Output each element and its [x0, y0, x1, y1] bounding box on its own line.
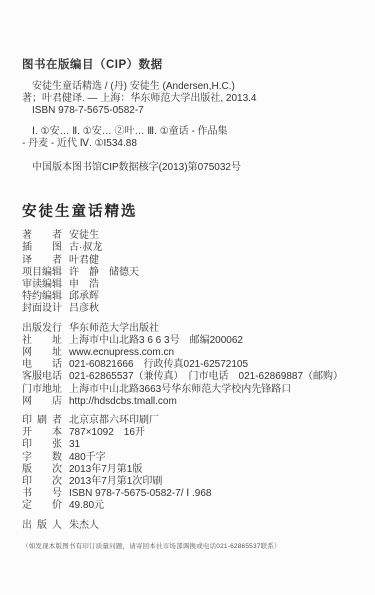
- field-value: 2013年7月第1版: [69, 464, 142, 476]
- cip-isbn-line: ISBN 978-7-5675-0582-7: [22, 105, 357, 117]
- printing-row: 印刷者北京京都六环印刷厂: [22, 415, 357, 427]
- cip-class-line: Ⅰ. ①安… Ⅱ. ①安… ②叶… Ⅲ. ①童话 - 作品集: [22, 126, 357, 138]
- field-value: 安徒生: [69, 230, 99, 242]
- cip-classification-block: Ⅰ. ①安… Ⅱ. ①安… ②叶… Ⅲ. ①童话 - 作品集 - 丹麦 - 近代…: [22, 126, 357, 150]
- field-value: 古·叔龙: [69, 242, 102, 254]
- publishing-row: 网 址www.ecnupress.com.cn: [22, 347, 357, 359]
- field-label: 网 店: [22, 396, 62, 408]
- cip-publication-line: 安徒生童话精选 / (丹) 安徒生 (Andersen,H.C.): [22, 81, 357, 93]
- field-value: 021-60821666 行政传真021-62572105: [69, 359, 248, 371]
- cip-class-line: - 丹麦 - 近代 Ⅳ. ①I534.88: [22, 138, 357, 150]
- field-value: 480千字: [69, 452, 106, 464]
- field-value: 上海市中山北路3 6 6 3号 邮编200062: [69, 335, 243, 347]
- field-value: 叶君健: [69, 255, 99, 267]
- website-url: www.ecnupress.com.cn: [69, 347, 174, 359]
- field-label: 版 次: [22, 464, 62, 476]
- field-value: 上海市中山北路3663号华东师范大学校内先锋路口: [69, 384, 291, 396]
- price-value: 49.80元: [69, 500, 104, 512]
- field-value: 华东师范大学出版社: [69, 323, 159, 335]
- publisher-person-row: 出 版 人朱杰人: [22, 520, 357, 532]
- printing-row: 书 号ISBN 978-7-5675-0582-7/ Ⅰ .968: [22, 488, 357, 500]
- printing-row: 印 张31: [22, 439, 357, 451]
- field-label: 著 者: [22, 230, 62, 242]
- field-label: 译 者: [22, 255, 62, 267]
- printing-row: 版 次2013年7月第1版: [22, 464, 357, 476]
- printing-row: 印 次2013年7月第1次印刷: [22, 476, 357, 488]
- field-value: 2013年7月第1次印刷: [69, 476, 162, 488]
- cip-publication-line: 著；叶君健译. — 上海：华东师范大学出版社, 2013.4: [22, 93, 357, 105]
- credits-row: 著 者安徒生: [22, 230, 357, 242]
- credits-row: 译 者叶君健: [22, 255, 357, 267]
- field-label: 封面设计: [22, 303, 62, 315]
- field-value: 申 浩: [69, 279, 99, 291]
- field-value: 朱杰人: [69, 520, 99, 532]
- field-label: 字 数: [22, 452, 62, 464]
- field-label: 客服电话: [22, 371, 62, 383]
- credits-row: 插 图古·叔龙: [22, 242, 357, 254]
- credits-row: 特约编辑邱承辉: [22, 291, 357, 303]
- publishing-row: 社 址上海市中山北路3 6 6 3号 邮编200062: [22, 335, 357, 347]
- cip-record-number: 中国版本图书馆CIP数据核字(2013)第075032号: [22, 162, 357, 174]
- credits-row: 审读编辑申 浩: [22, 279, 357, 291]
- cip-publication-block: 安徒生童话精选 / (丹) 安徒生 (Andersen,H.C.) 著；叶君健译…: [22, 81, 357, 118]
- field-label: 印 次: [22, 476, 62, 488]
- printing-row: 定 价49.80元: [22, 500, 357, 512]
- field-label: 插 图: [22, 242, 62, 254]
- field-label: 审读编辑: [22, 279, 62, 291]
- book-title: 安徒生童话精选: [22, 204, 357, 220]
- field-value: 787×1092 16开: [69, 427, 145, 439]
- printing-row: 字 数480千字: [22, 452, 357, 464]
- field-label: 网 址: [22, 347, 62, 359]
- field-label: 书 号: [22, 488, 62, 500]
- field-value: 许 静 储德天: [69, 267, 139, 279]
- field-label: 项目编辑: [22, 267, 62, 279]
- publishing-row: 网 店http://hdsdcbs.tmall.com: [22, 396, 357, 408]
- copyright-page: 图书在版编目（CIP）数据 安徒生童话精选 / (丹) 安徒生 (Anderse…: [0, 0, 375, 595]
- publishing-row: 客服电话021-62865537（兼传真） 门市电话 021-62869887（…: [22, 371, 357, 383]
- field-label: 电 话: [22, 359, 62, 371]
- credits-row: 项目编辑许 静 储德天: [22, 267, 357, 279]
- field-label: 印 张: [22, 439, 62, 451]
- publishing-row: 出版发行华东师范大学出版社: [22, 323, 357, 335]
- cip-header: 图书在版编目（CIP）数据: [22, 59, 357, 72]
- quality-notice: （如发现本版图书有印订质量问题，请寄回本社市场部调换或电话021-6286553…: [22, 543, 357, 551]
- publishing-row: 电 话021-60821666 行政传真021-62572105: [22, 359, 357, 371]
- field-value: 吕彦秋: [69, 303, 99, 315]
- publishing-block: 出版发行华东师范大学出版社 社 址上海市中山北路3 6 6 3号 邮编20006…: [22, 323, 357, 408]
- field-label: 印刷者: [22, 415, 62, 427]
- publishing-row: 门市地址上海市中山北路3663号华东师范大学校内先锋路口: [22, 384, 357, 396]
- field-label: 定 价: [22, 500, 62, 512]
- field-label: 特约编辑: [22, 291, 62, 303]
- field-label: 出 版 人: [22, 520, 62, 532]
- field-value: 021-62865537（兼传真） 门市电话 021-62869887（邮购）: [69, 371, 343, 383]
- field-value: 31: [69, 439, 80, 451]
- field-label: 开 本: [22, 427, 62, 439]
- field-label: 门市地址: [22, 384, 62, 396]
- printing-block: 印刷者北京京都六环印刷厂 开 本787×1092 16开 印 张31 字 数48…: [22, 415, 357, 513]
- field-label: 出版发行: [22, 323, 62, 335]
- field-value: 邱承辉: [69, 291, 99, 303]
- field-label: 社 址: [22, 335, 62, 347]
- store-url: http://hdsdcbs.tmall.com: [69, 396, 177, 408]
- isbn-value: ISBN 978-7-5675-0582-7/ Ⅰ .968: [69, 488, 212, 500]
- credits-row: 封面设计吕彦秋: [22, 303, 357, 315]
- field-value: 北京京都六环印刷厂: [69, 415, 159, 427]
- printing-row: 开 本787×1092 16开: [22, 427, 357, 439]
- credits-block: 著 者安徒生 插 图古·叔龙 译 者叶君健 项目编辑许 静 储德天 审读编辑申 …: [22, 230, 357, 315]
